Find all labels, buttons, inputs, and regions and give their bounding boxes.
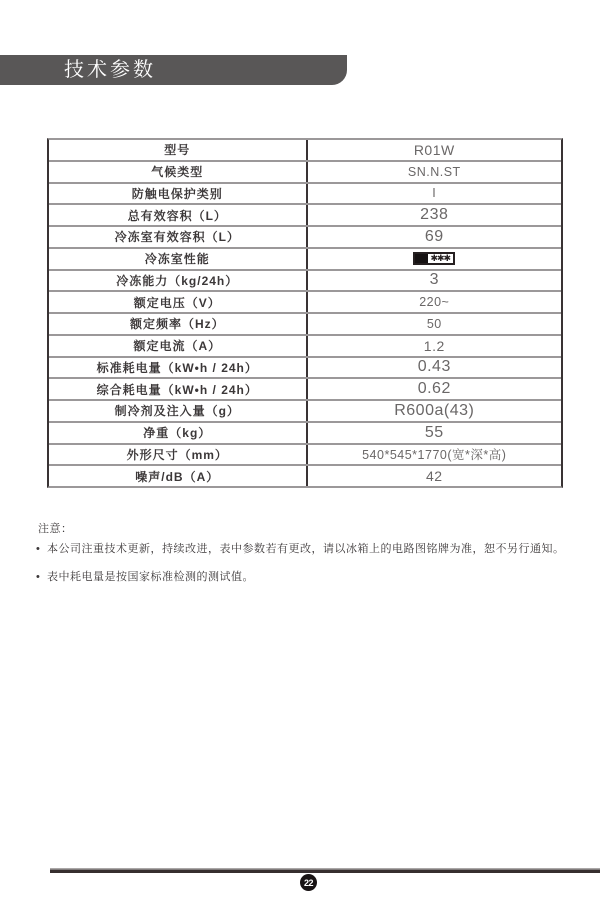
spec-label: 冷冻室有效容积（L） [49, 227, 308, 247]
section-header-banner: 技术参数 [0, 55, 347, 85]
spec-table: 型号 R01W 气候类型 SN.N.ST 防触电保护类别 I 总有效容积（L） … [47, 138, 563, 488]
table-row: 冷冻室有效容积（L） 69 [49, 227, 561, 249]
bullet-icon: • [36, 542, 47, 557]
note-text: 表中耗电量是按国家标准检测的测试值。 [47, 570, 581, 585]
spec-label: 噪声/dB（A） [49, 466, 308, 486]
table-row: 噪声/dB（A） 42 [49, 466, 561, 486]
spec-label: 冷冻室性能 [49, 249, 308, 269]
notes-section: 注意： • 本公司注重技术更新，持续改进，表中参数若有更改，请以冰箱上的电路图铭… [36, 522, 581, 585]
note-item: • 本公司注重技术更新，持续改进，表中参数若有更改，请以冰箱上的电路图铭牌为准，… [36, 542, 581, 557]
table-row: 冷冻室性能 ✱✱✱ [49, 249, 561, 271]
spec-label: 标准耗电量（kW•h / 24h） [49, 358, 308, 378]
spec-value: 42 [308, 466, 561, 486]
table-row: 标准耗电量（kW•h / 24h） 0.43 [49, 358, 561, 380]
spec-value: SN.N.ST [308, 162, 561, 182]
spec-value: 69 [308, 227, 561, 247]
spec-label: 额定频率（Hz） [49, 314, 308, 334]
table-row: 气候类型 SN.N.ST [49, 162, 561, 184]
bullet-icon: • [36, 570, 47, 585]
table-row: 型号 R01W [49, 140, 561, 162]
page-number: 22 [304, 878, 313, 888]
spec-value: R600a(43) [308, 401, 561, 421]
spec-label: 制冷剂及注入量（g） [49, 401, 308, 421]
spec-value: ✱✱✱ [308, 249, 561, 269]
spec-label: 额定电压（V） [49, 292, 308, 312]
spec-label: 防触电保护类别 [49, 184, 308, 204]
spec-label: 型号 [49, 140, 308, 160]
table-row: 净重（kg） 55 [49, 423, 561, 445]
spec-value: 0.43 [308, 358, 561, 378]
spec-label: 额定电流（A） [49, 336, 308, 356]
spec-value: 50 [308, 314, 561, 334]
manual-page: 技术参数 型号 R01W 气候类型 SN.N.ST 防触电保护类别 I 总有效容… [0, 0, 609, 920]
table-row: 额定电压（V） 220~ [49, 292, 561, 314]
spec-value: 238 [308, 205, 561, 225]
page-number-badge: 22 [300, 874, 317, 891]
table-row: 制冷剂及注入量（g） R600a(43) [49, 401, 561, 423]
spec-value: 0.62 [308, 379, 561, 399]
table-row: 冷冻能力（kg/24h） 3 [49, 271, 561, 293]
spec-label: 外形尺寸（mm） [49, 445, 308, 465]
spec-label: 冷冻能力（kg/24h） [49, 271, 308, 291]
spec-value: 540*545*1770(宽*深*高) [308, 445, 561, 465]
spec-label: 总有效容积（L） [49, 205, 308, 225]
spec-value: 55 [308, 423, 561, 443]
table-row: 综合耗电量（kW•h / 24h） 0.62 [49, 379, 561, 401]
spec-label: 净重（kg） [49, 423, 308, 443]
page-title: 技术参数 [64, 59, 156, 81]
table-row: 额定频率（Hz） 50 [49, 314, 561, 336]
freezer-star-black-block [415, 254, 428, 263]
spec-value: 3 [308, 271, 561, 291]
footer-rule [50, 868, 600, 873]
spec-label: 气候类型 [49, 162, 308, 182]
spec-label: 综合耗电量（kW•h / 24h） [49, 379, 308, 399]
freezer-star-rating-symbol: ✱✱✱ [413, 252, 455, 265]
note-text: 本公司注重技术更新，持续改进，表中参数若有更改，请以冰箱上的电路图铭牌为准，恕不… [47, 542, 581, 557]
freezer-star-glyphs: ✱✱✱ [428, 254, 453, 263]
table-row: 防触电保护类别 I [49, 184, 561, 206]
table-row: 额定电流（A） 1.2 [49, 336, 561, 358]
spec-value: 1.2 [308, 336, 561, 356]
spec-value: I [308, 184, 561, 204]
spec-value: 220~ [308, 292, 561, 312]
note-item: • 表中耗电量是按国家标准检测的测试值。 [36, 570, 581, 585]
notes-heading: 注意： [38, 522, 581, 537]
table-row: 外形尺寸（mm） 540*545*1770(宽*深*高) [49, 445, 561, 467]
spec-value: R01W [308, 140, 561, 160]
table-row: 总有效容积（L） 238 [49, 205, 561, 227]
